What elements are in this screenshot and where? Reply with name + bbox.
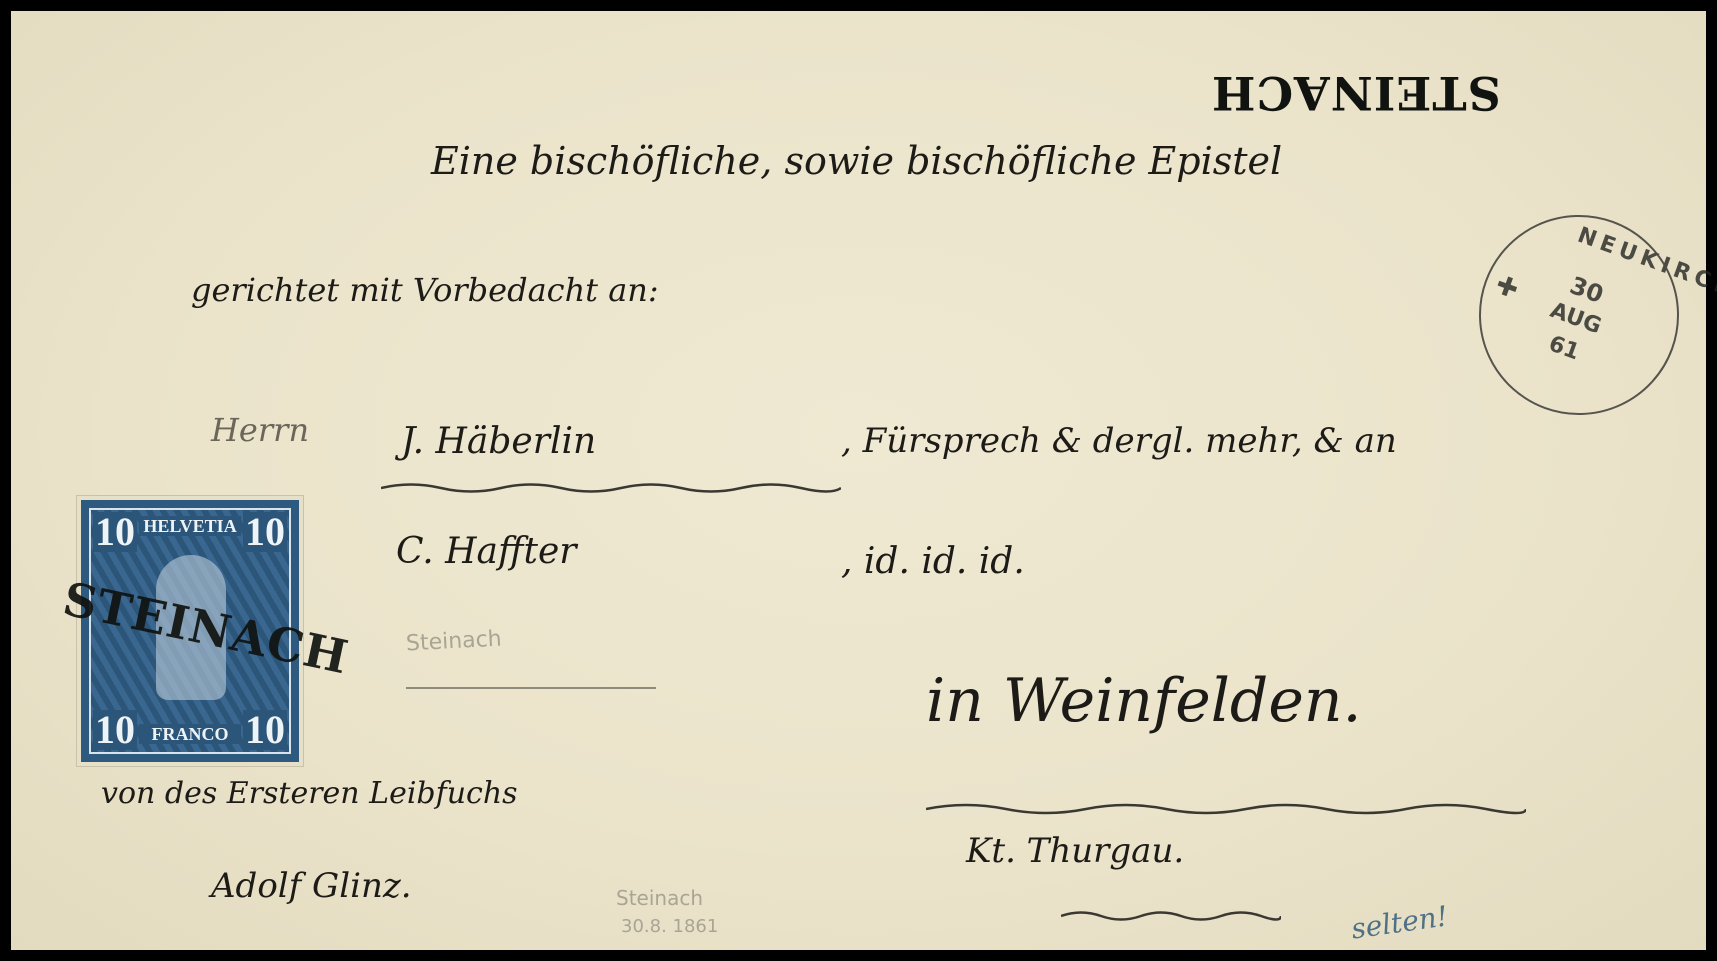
stamp-denomination-br: 10 bbox=[243, 710, 287, 750]
pencil-note-stamp-area: Steinach bbox=[405, 627, 502, 657]
recipient1-underline bbox=[381, 481, 841, 495]
canton-underline bbox=[1061, 909, 1281, 923]
envelope: STEINACH Eine bischöfliche, sowie bischö… bbox=[11, 11, 1706, 950]
neukirch-postmark: NEUKIRCH 30 AUG 61 ✚ bbox=[1451, 187, 1707, 443]
handwriting-line1: Eine bischöfliche, sowie bischöfliche Ep… bbox=[431, 139, 1282, 183]
destination-underline bbox=[926, 801, 1526, 817]
inverted-steinach-cancel: STEINACH bbox=[1211, 66, 1501, 120]
cancel-text: STEINACH bbox=[1211, 66, 1501, 120]
handwriting-recipient2-title: , id. id. id. bbox=[841, 541, 1025, 582]
handwriting-recipient1: J. Häberlin bbox=[401, 421, 596, 462]
handwriting-canton: Kt. Thurgau. bbox=[966, 831, 1184, 871]
stamp-franco: FRANCO bbox=[139, 724, 241, 744]
handwriting-line2: gerichtet mit Vorbedacht an: bbox=[191, 271, 659, 309]
stamp-country: HELVETIA bbox=[139, 516, 241, 536]
handwriting-sender-line: von des Ersteren Leibfuchs bbox=[101, 776, 518, 811]
stamp-denomination-tl: 10 bbox=[93, 512, 137, 552]
pencil-note-center-date: 30.8. 1861 bbox=[621, 916, 718, 937]
handwriting-destination: in Weinfelden. bbox=[926, 666, 1362, 736]
pencil-note-center: Steinach bbox=[616, 886, 703, 910]
handwriting-salutation: Herrn bbox=[211, 411, 309, 449]
postmark-year: 61 bbox=[1545, 331, 1582, 365]
handwriting-signature: Adolf Glinz. bbox=[211, 866, 412, 906]
pencil-underline bbox=[406, 687, 656, 689]
stamp-denomination-tr: 10 bbox=[243, 512, 287, 552]
postmark-cross-icon: ✚ bbox=[1492, 270, 1523, 306]
handwriting-recipient1-title: , Fürsprech & dergl. mehr, & an bbox=[841, 421, 1397, 461]
stamp-denomination-bl: 10 bbox=[93, 710, 137, 750]
handwriting-recipient2: C. Haffter bbox=[396, 531, 577, 572]
blue-pencil-note: selten! bbox=[1349, 899, 1450, 945]
